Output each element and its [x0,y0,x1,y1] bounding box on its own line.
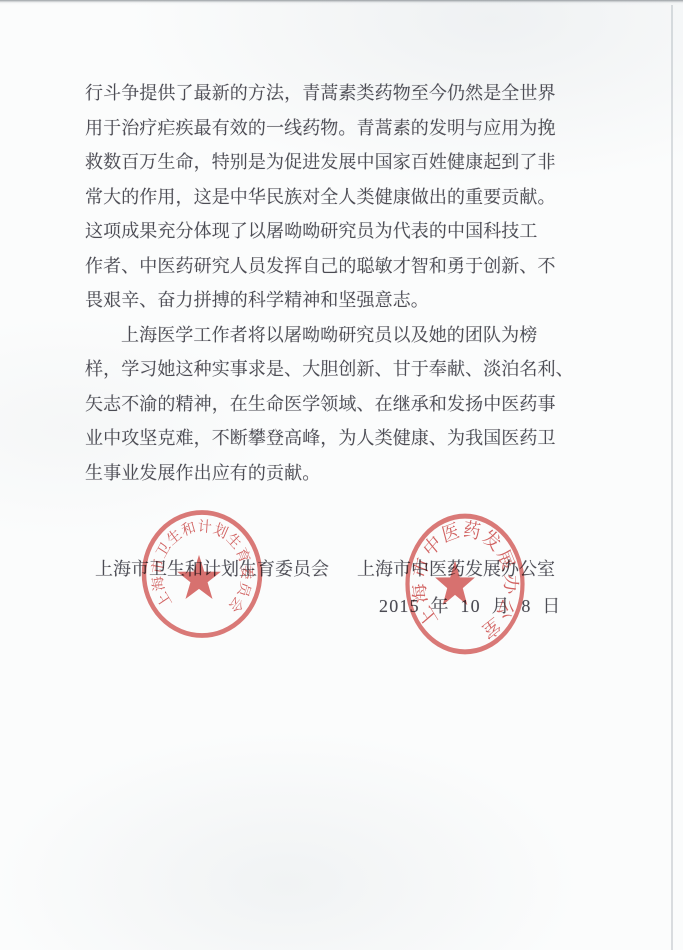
body-text-line: 常大的作用，这是中华民族对全人类健康做出的重要贡献。 [85,180,574,215]
body-text-line: 作者、中医药研究人员发挥自己的聪敏才智和勇于创新、不 [85,249,574,284]
star-icon [435,560,475,605]
body-text-line: 上海医学工作者将以屠呦呦研究员以及她的团队为榜 [85,318,574,353]
body-text-line: 行斗争提供了最新的方法，青蒿素类药物至今仍然是全世界 [85,76,574,111]
body-text-line: 矢志不渝的精神，在生命医学领域、在继承和发扬中医药事 [85,387,574,422]
body-text-line: 样，学习她这种实事求是、大胆创新、甘于奉献、淡泊名利、 [85,352,574,387]
scan-edge-artifact-top [0,0,683,5]
official-seal-right: 上海市中医药发展办公室 [400,508,530,660]
scanned-document-page: 行斗争提供了最新的方法，青蒿素类药物至今仍然是全世界 用于治疗疟疾最有效的一线药… [0,0,683,950]
body-paragraphs: 行斗争提供了最新的方法，青蒿素类药物至今仍然是全世界 用于治疗疟疾最有效的一线药… [85,76,574,490]
scan-line-artifact-right [671,5,673,950]
star-icon [177,555,221,599]
official-seal-left: 上海市卫生和计划生育委员会 [132,501,272,647]
body-text-line: 这项成果充分体现了以屠呦呦研究员为代表的中国科技工 [85,214,574,249]
body-text-line: 业中攻坚克难，不断攀登高峰，为人类健康、为我国医药卫 [85,421,574,456]
body-text-line: 用于治疗疟疾最有效的一线药物。青蒿素的发明与应用为挽 [85,111,574,146]
body-text-line: 救数百万生命，特别是为促进发展中国家百姓健康起到了非 [85,145,574,180]
body-text-line: 畏艰辛、奋力拼搏的科学精神和坚强意志。 [85,283,574,318]
body-text-line: 生事业发展作出应有的贡献。 [85,456,574,491]
